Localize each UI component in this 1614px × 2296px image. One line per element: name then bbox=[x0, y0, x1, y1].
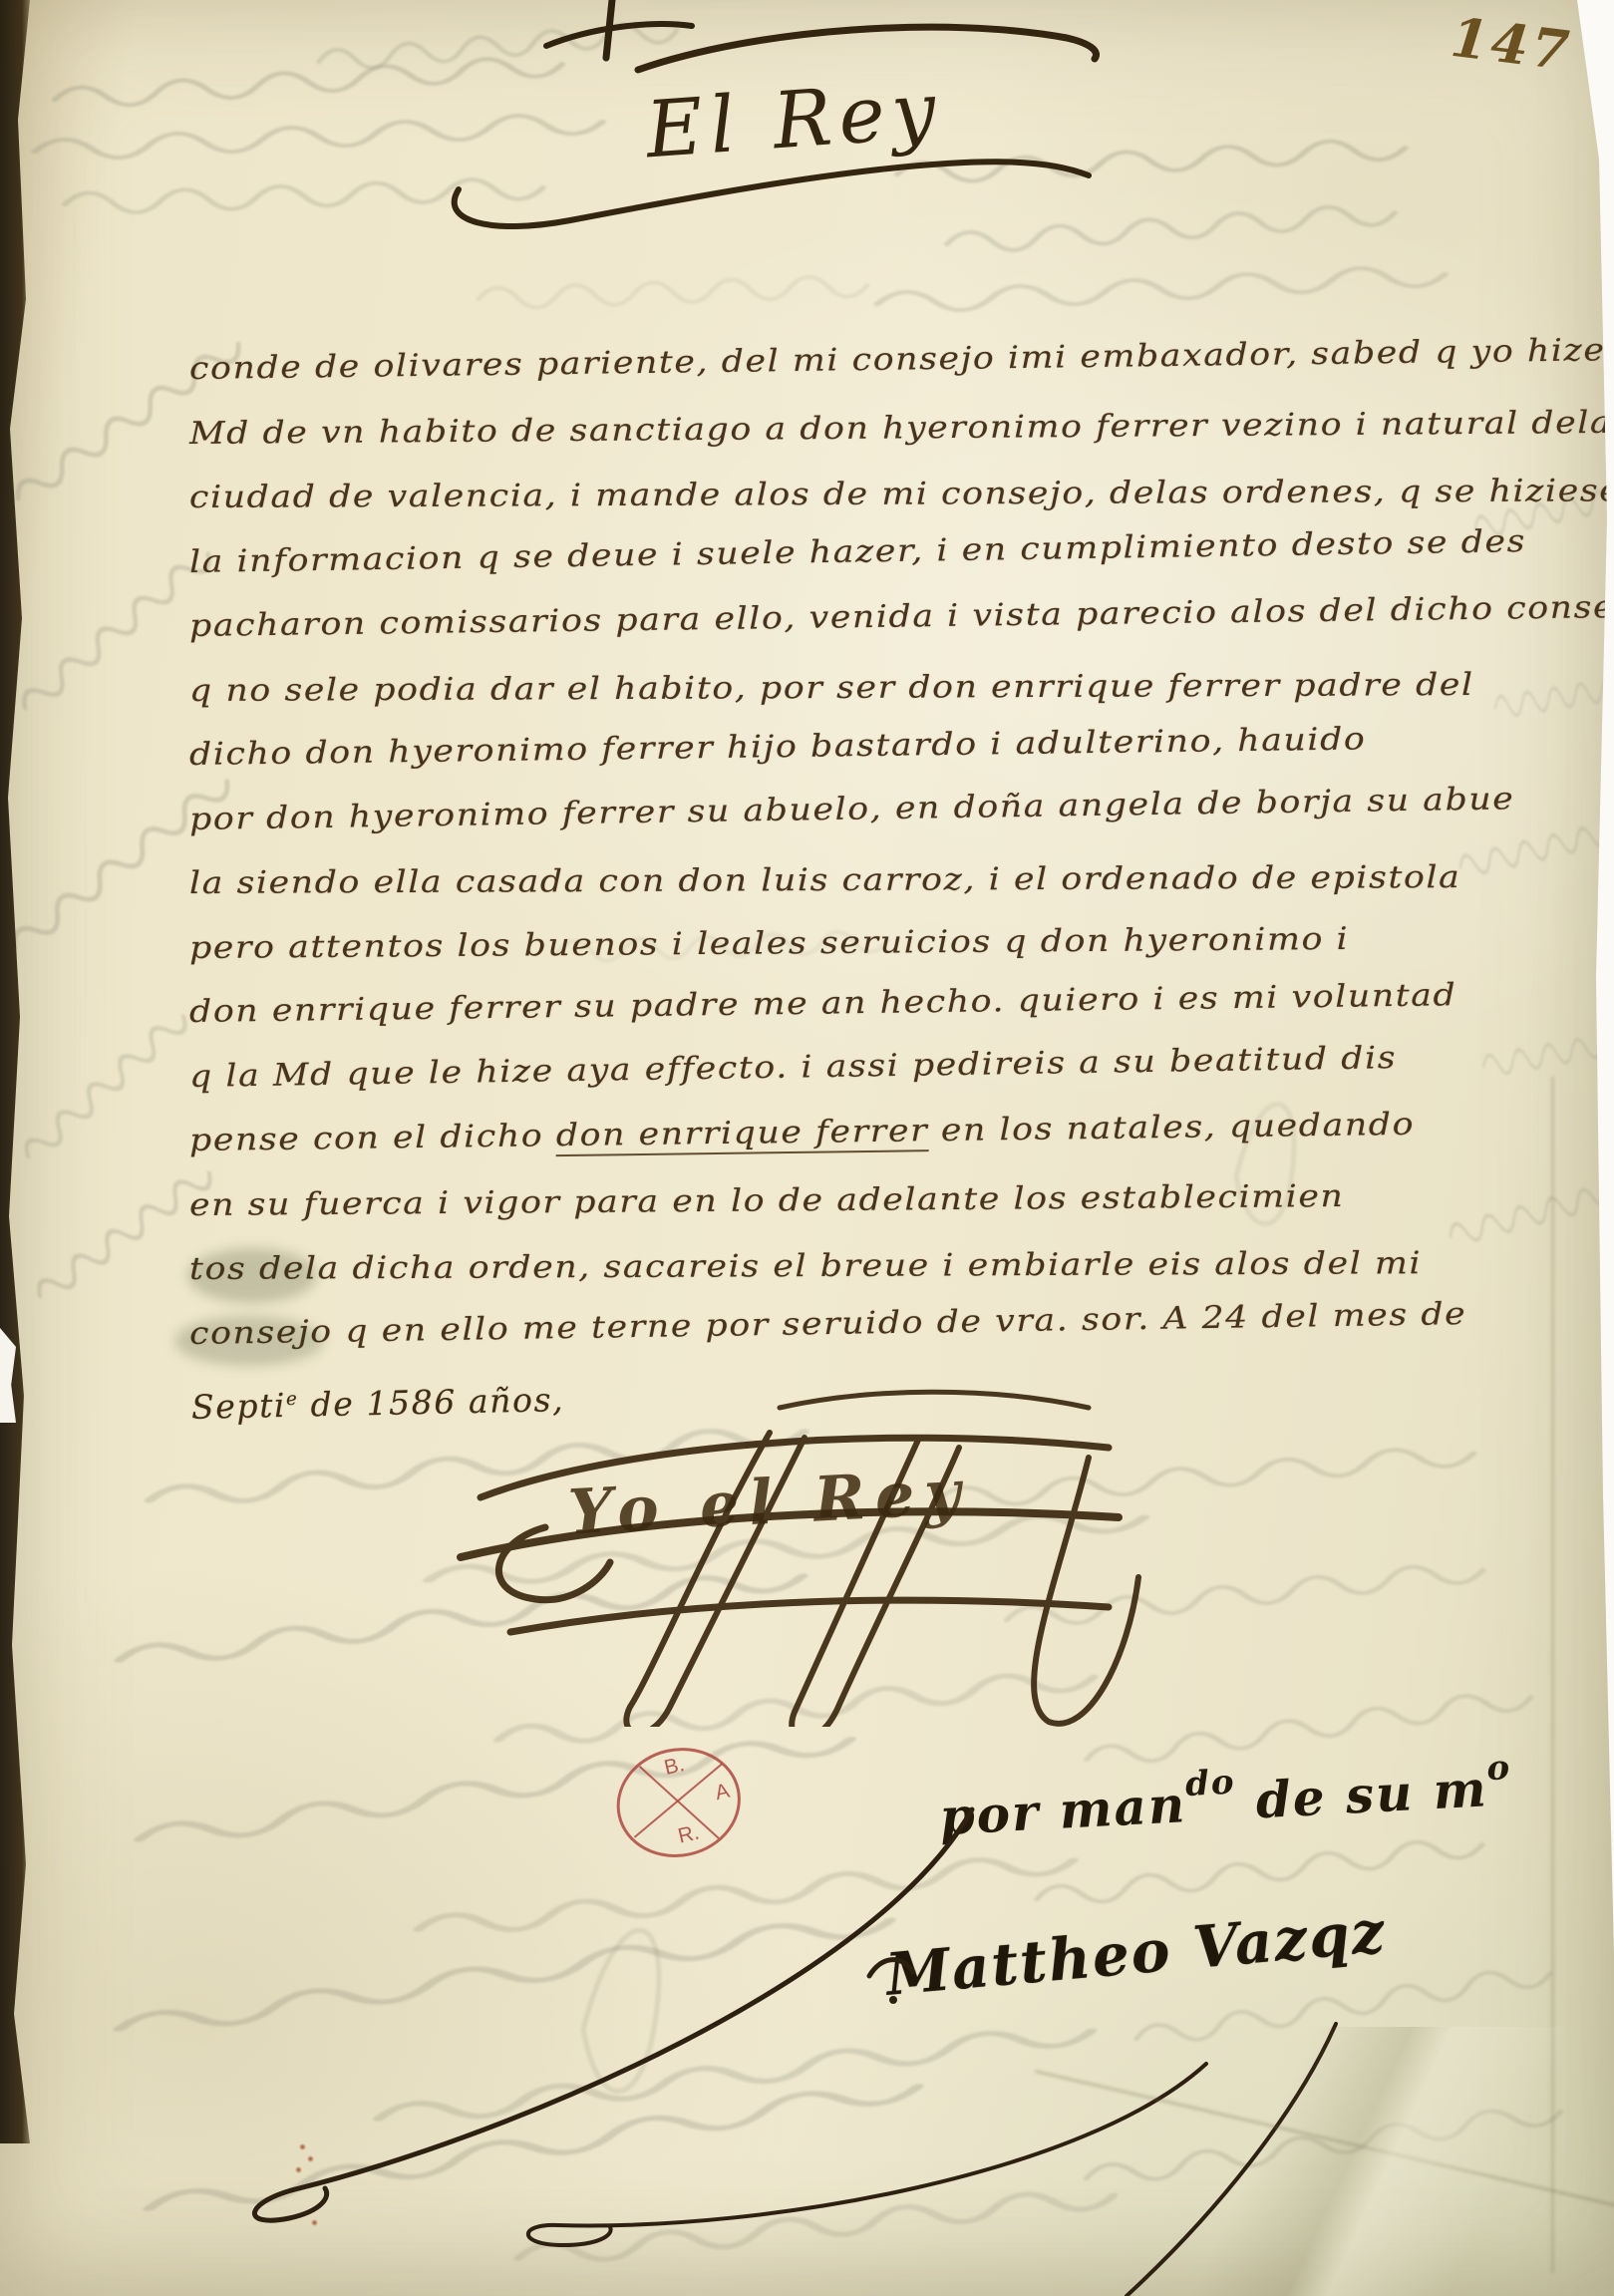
countersign-line: por mando de su mo bbox=[938, 1748, 1514, 1846]
folio-number: 147 bbox=[1442, 6, 1581, 83]
paper-sheet: 147 El Rey conde de olivares pariente, d… bbox=[0, 0, 1614, 2296]
superscript-abbrev: do bbox=[1184, 1762, 1236, 1804]
royal-signature: Yo el Rey bbox=[451, 1378, 1158, 1727]
manuscript-line: conde de olivares pariente, del mi conse… bbox=[188, 316, 1614, 402]
manuscript-line: en su fuerca i vigor para en lo de adela… bbox=[189, 1160, 1614, 1237]
superscript-abbrev: o bbox=[1485, 1748, 1512, 1789]
ink-smudge bbox=[187, 1248, 317, 1303]
binding-edge bbox=[0, 0, 40, 2143]
manuscript-line: Md de vn habito de sanctiago a don hyero… bbox=[189, 389, 1614, 466]
rust-speck bbox=[295, 2166, 302, 2173]
scanned-manuscript-page: 147 El Rey conde de olivares pariente, d… bbox=[0, 0, 1614, 2296]
ink-smudge bbox=[174, 1316, 324, 1366]
superscript-abbrev: e bbox=[286, 1389, 299, 1410]
library-stamp: B. A R. bbox=[601, 1732, 756, 1876]
page-title: El Rey bbox=[643, 66, 945, 176]
secretary-signature: Mattheo Vazqz bbox=[883, 1897, 1389, 2009]
rust-speck bbox=[299, 2143, 306, 2150]
underlined-phrase: don enrrique ferrer bbox=[556, 1113, 929, 1156]
letter-body: conde de olivares pariente, del mi conse… bbox=[189, 337, 1605, 1366]
rust-speck bbox=[311, 2219, 318, 2226]
invocation-cross-mark bbox=[538, 0, 708, 70]
corner-fold bbox=[1056, 2027, 1614, 2296]
royal-signature-rubric bbox=[451, 1378, 1158, 1727]
rust-speck bbox=[307, 2155, 314, 2162]
manuscript-line: la siendo ella casada con don luis carro… bbox=[189, 844, 1614, 916]
